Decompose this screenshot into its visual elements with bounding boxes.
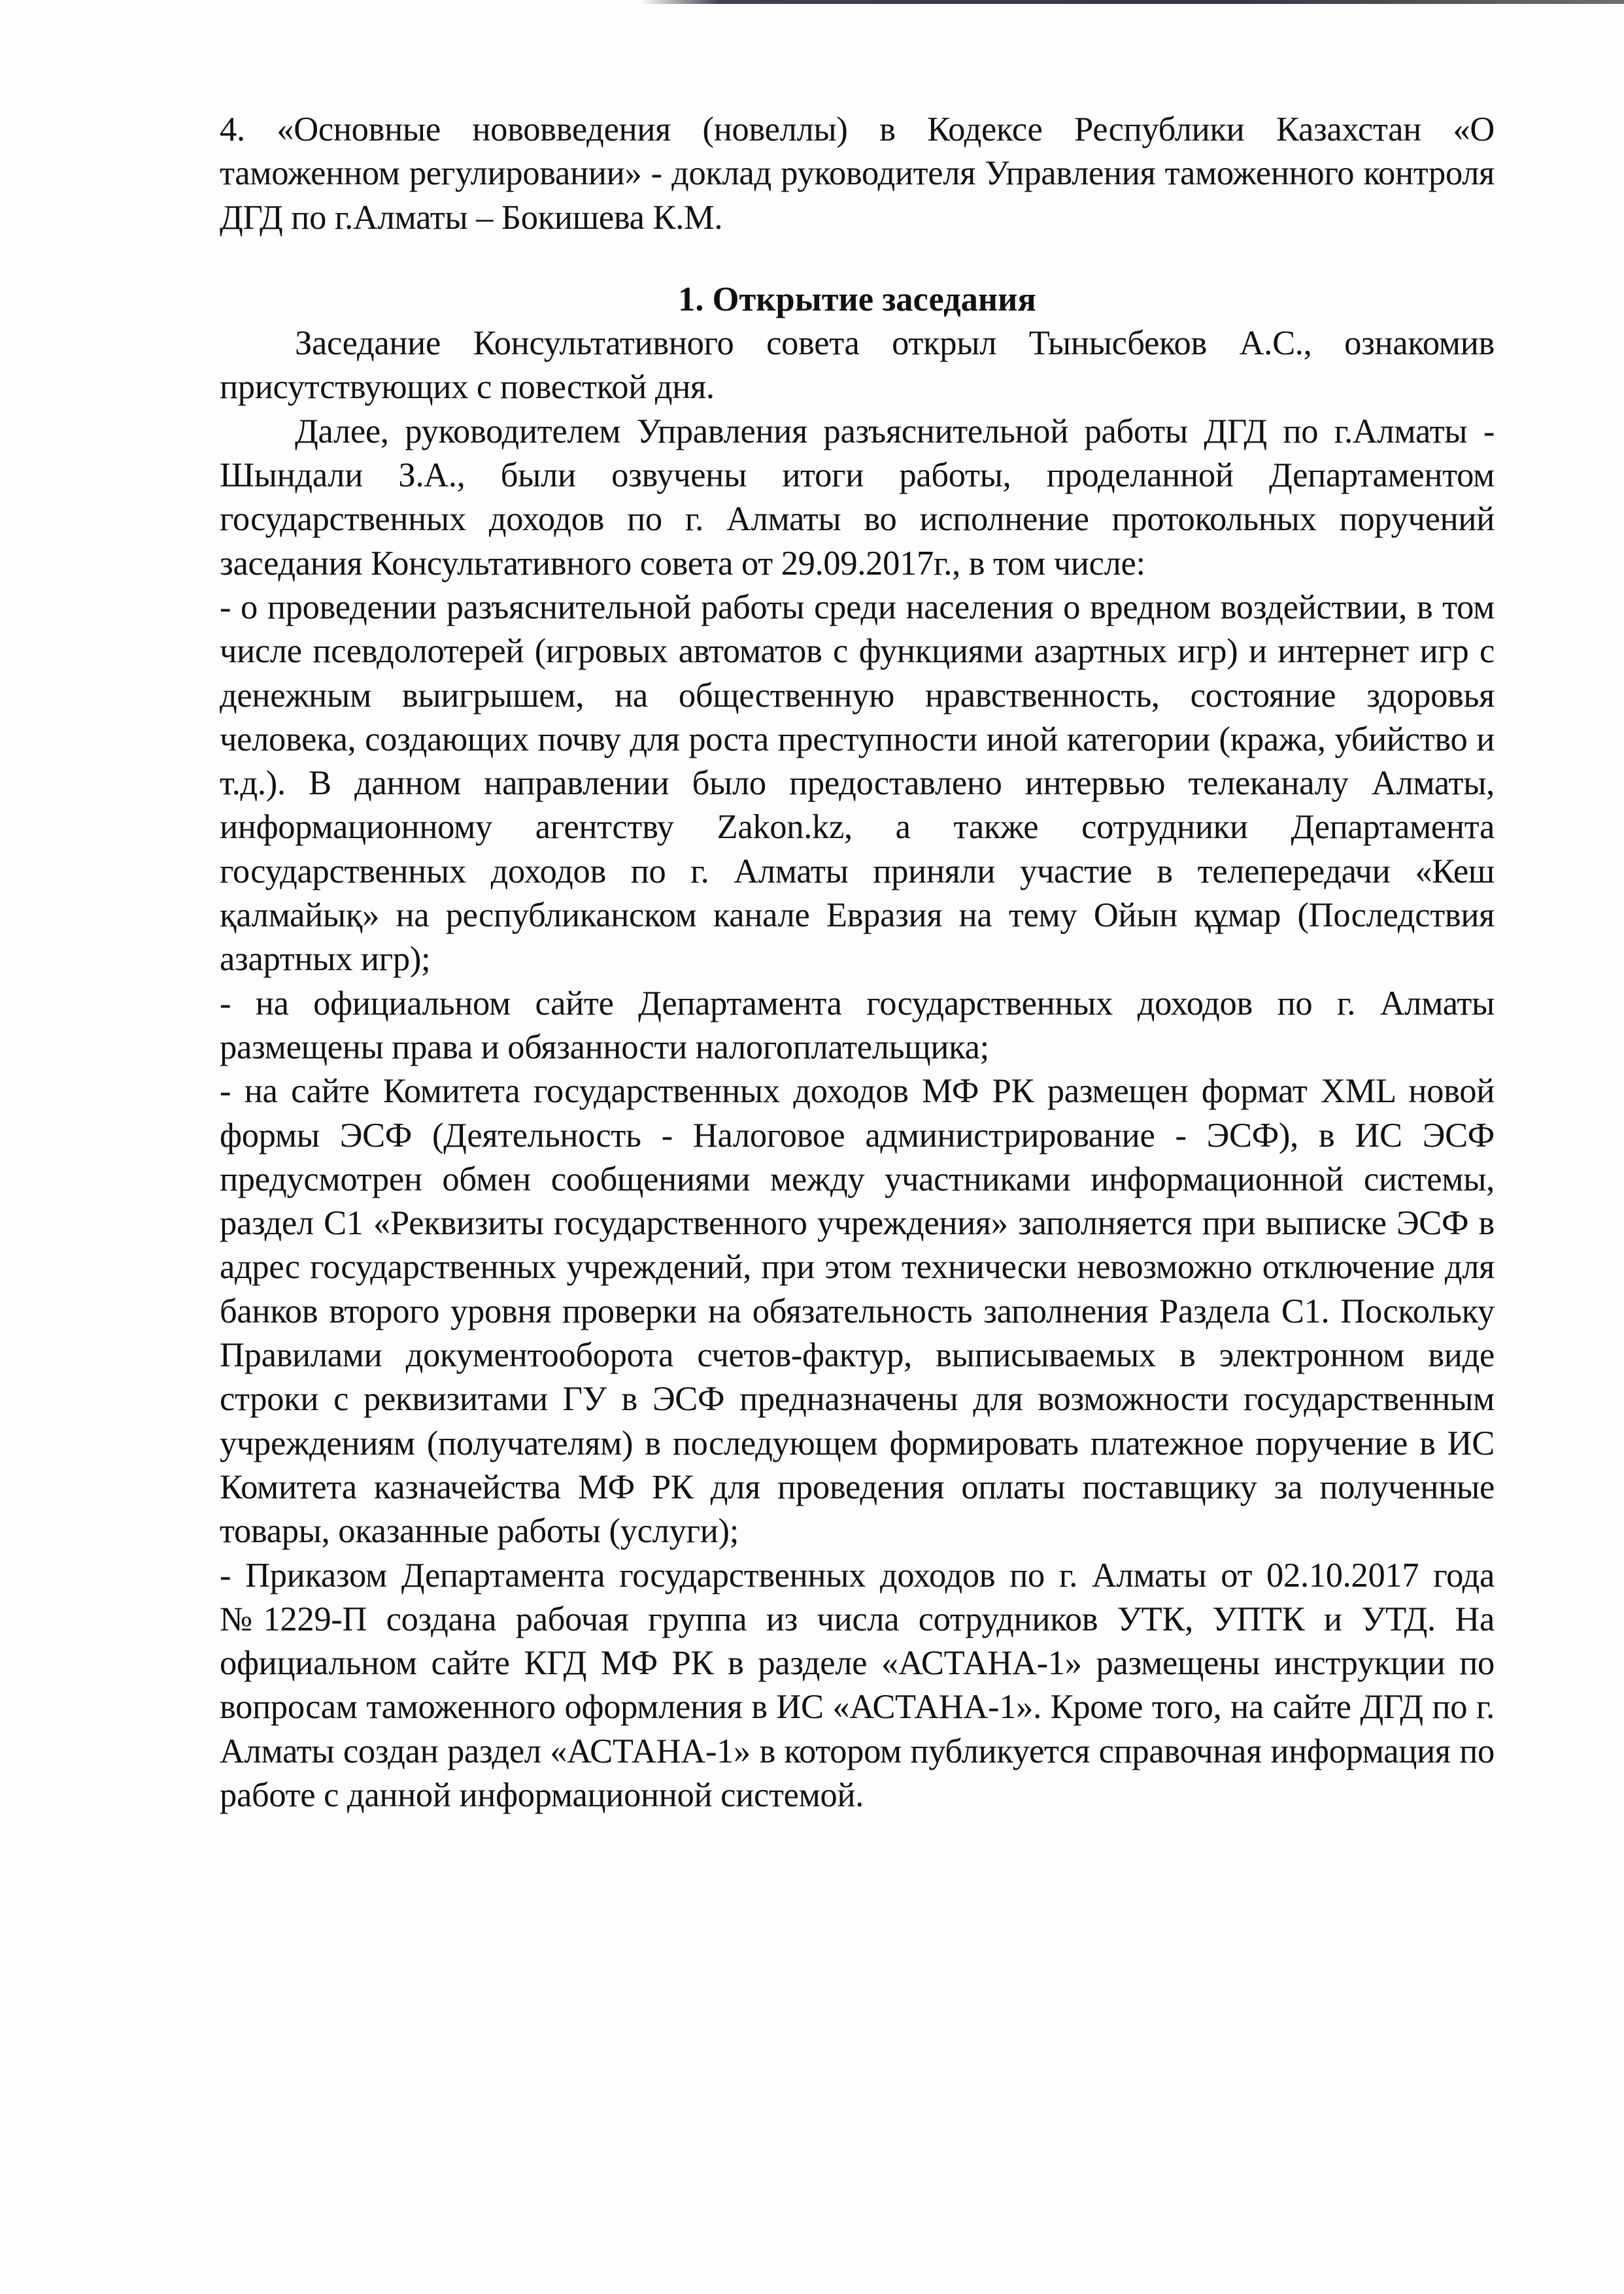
list-item-taxpayer-rights: - на официальном сайте Департамента госу… — [220, 982, 1495, 1070]
section-heading-opening: 1. Открытие заседания — [220, 278, 1495, 322]
document-page: 4. «Основные нововведения (новеллы) в Ко… — [220, 108, 1495, 1817]
list-item-esf-xml-format: - на сайте Комитета государственных дохо… — [220, 1070, 1495, 1553]
agenda-item-4: 4. «Основные нововведения (новеллы) в Ко… — [220, 108, 1495, 240]
scanner-edge-artifact — [641, 0, 1624, 4]
paragraph-opening: Заседание Консультативного совета открыл… — [220, 322, 1495, 410]
list-item-astana-1-working-group: - Приказом Департамента государственных … — [220, 1554, 1495, 1818]
paragraph-results-intro: Далее, руководителем Управления разъясни… — [220, 410, 1495, 586]
list-item-explanatory-work: - о проведении разъяснительной работы ср… — [220, 586, 1495, 982]
